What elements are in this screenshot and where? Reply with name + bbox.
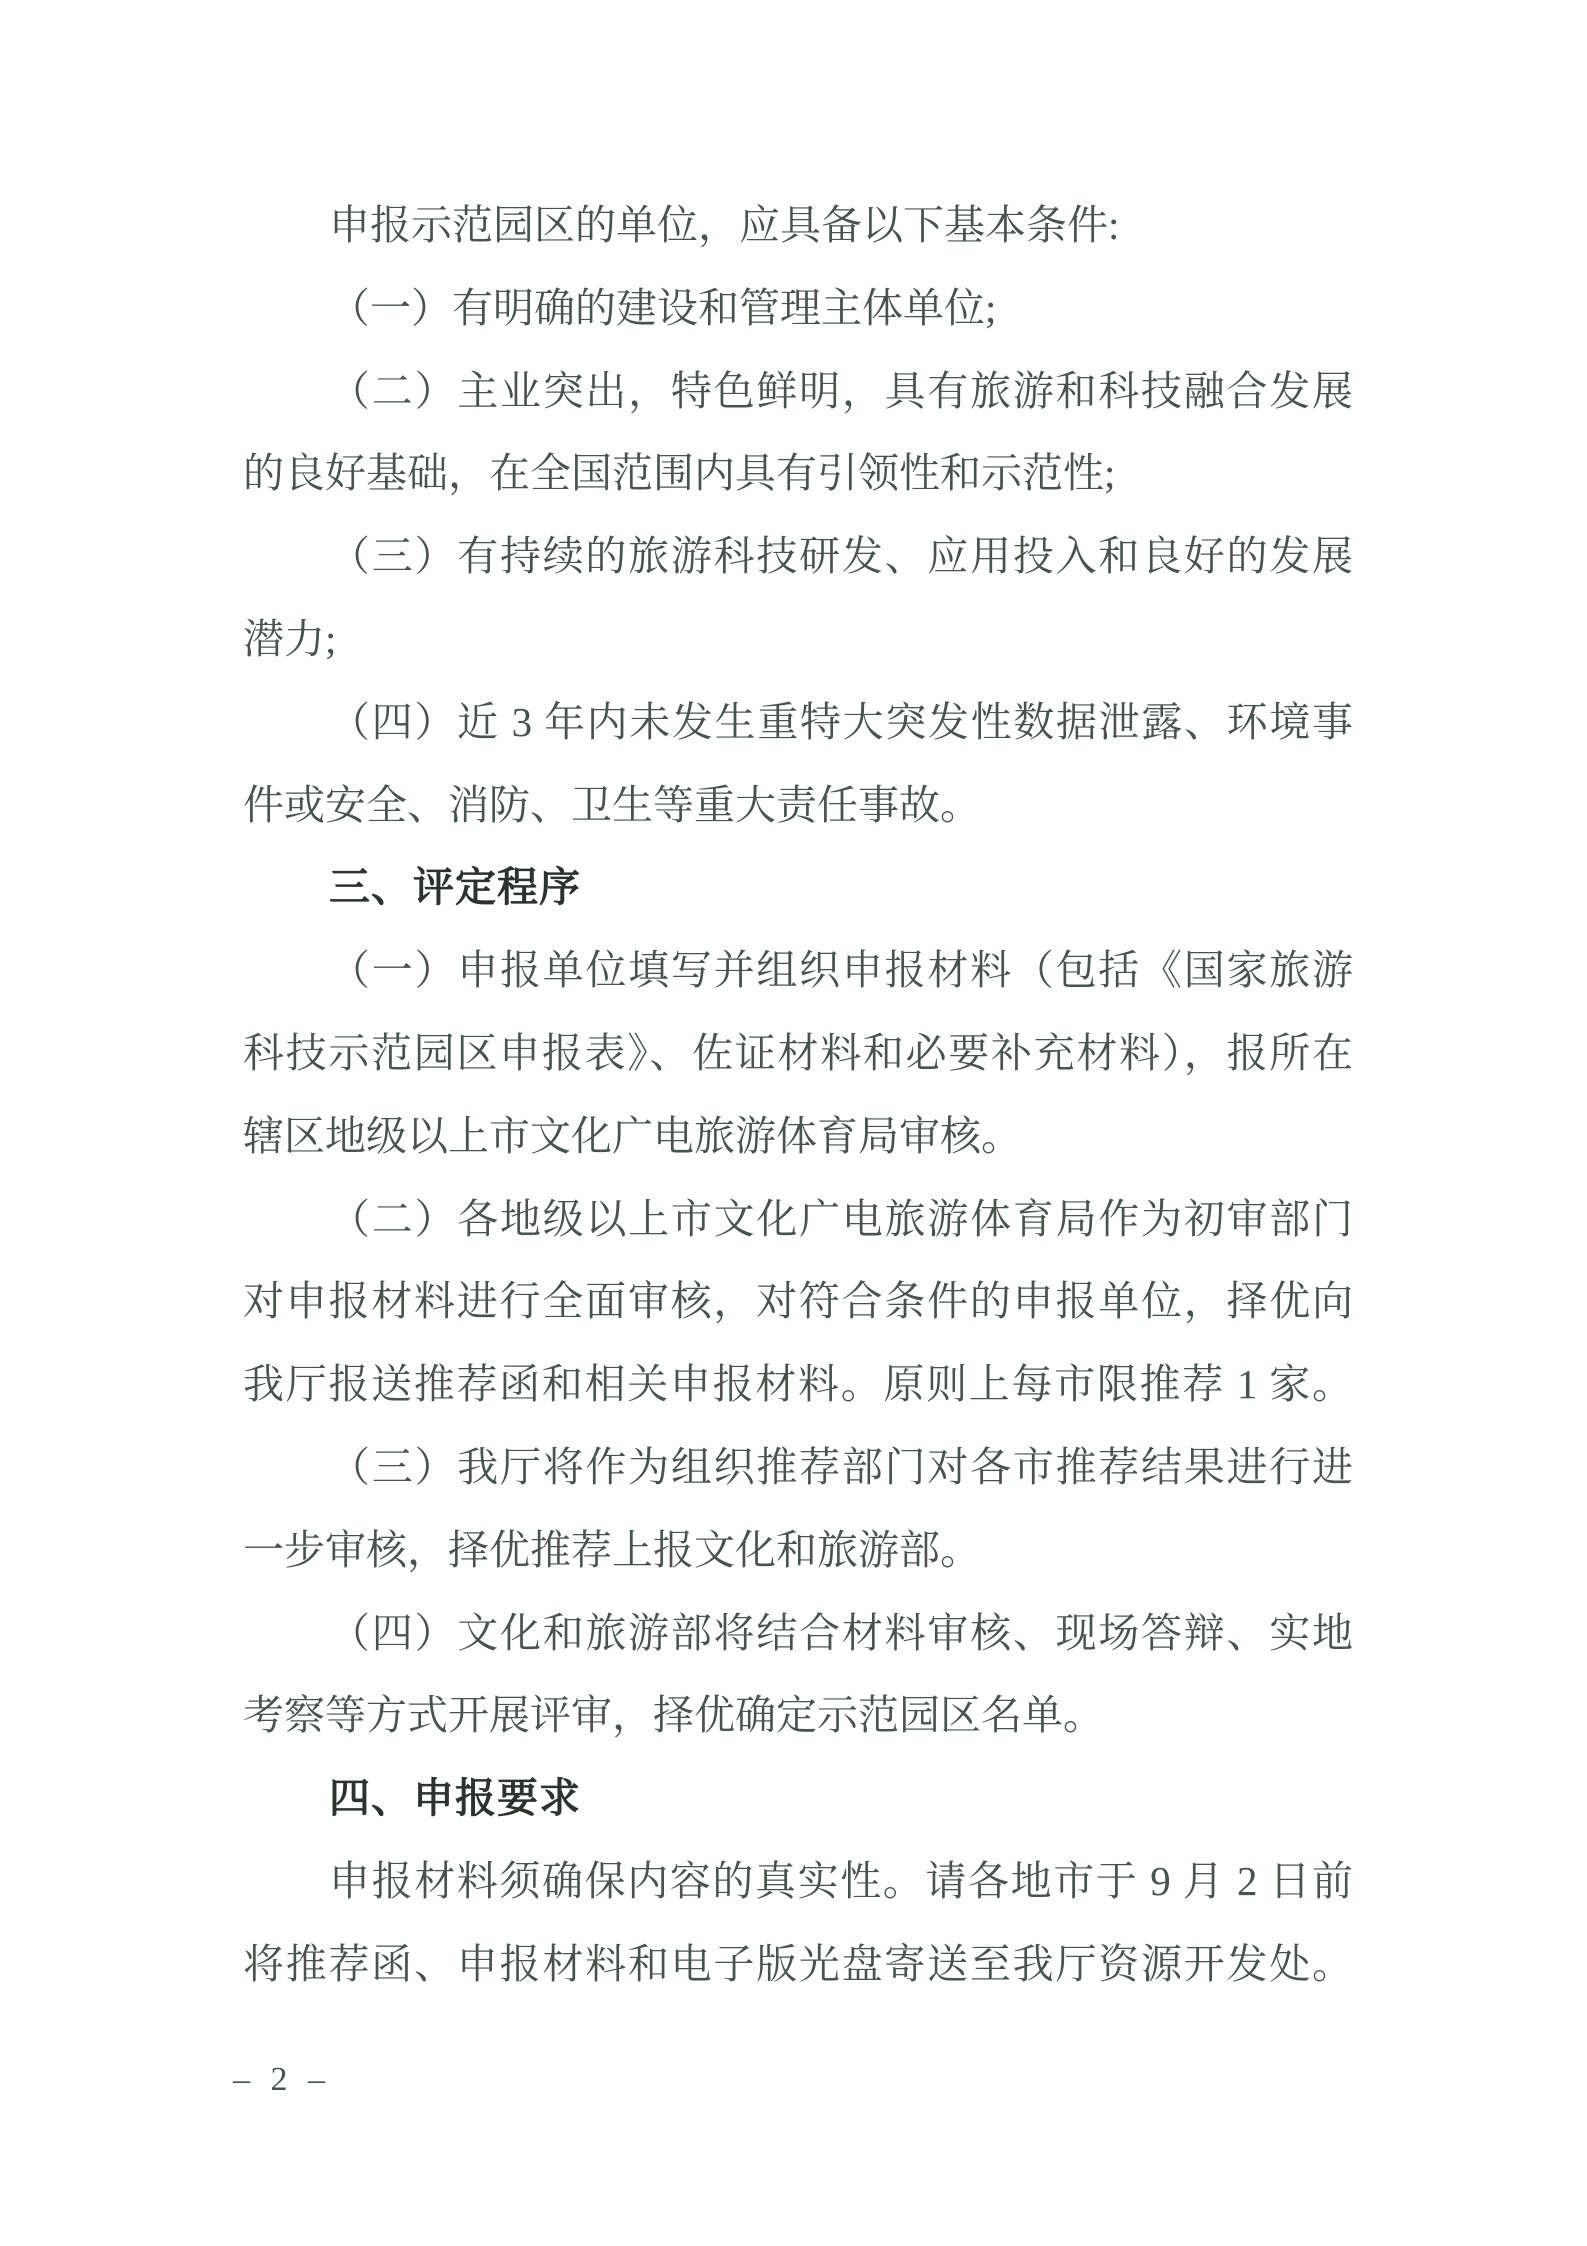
text-line: （二）主业突出，特色鲜明，具有旅游和科技融合发展 <box>243 350 1353 433</box>
text-line: （四）文化和旅游部将结合材料审核、现场答辩、实地 <box>243 1592 1353 1675</box>
text-line: （三）我厅将作为组织推荐部门对各市推荐结果进行进 <box>243 1426 1353 1509</box>
text-line: 申报示范园区的单位，应具备以下基本条件: <box>243 184 1353 267</box>
text-line: 对申报材料进行全面审核，对符合条件的申报单位，择优向 <box>243 1260 1353 1343</box>
text-line: （三）有持续的旅游科技研发、应用投入和良好的发展 <box>243 515 1353 598</box>
text-line: 将推荐函、申报材料和电子版光盘寄送至我厅资源开发处。 <box>243 1923 1353 2006</box>
text-line: 辖区地级以上市文化广电旅游体育局审核。 <box>243 1095 1353 1178</box>
text-line: 科技示范园区申报表》、佐证材料和必要补充材料），报所在 <box>243 1012 1353 1095</box>
section-heading: 三、评定程序 <box>243 846 1353 929</box>
text-line: （二）各地级以上市文化广电旅游体育局作为初审部门 <box>243 1178 1353 1261</box>
text-line: 我厅报送推荐函和相关申报材料。原则上每市限推荐 1 家。 <box>243 1343 1353 1426</box>
document-body: 申报示范园区的单位，应具备以下基本条件:（一）有明确的建设和管理主体单位;（二）… <box>243 184 1353 2006</box>
text-line: （四）近 3 年内未发生重特大突发性数据泄露、环境事 <box>243 681 1353 764</box>
section-heading: 四、申报要求 <box>243 1757 1353 1840</box>
text-line: 潜力; <box>243 598 1353 681</box>
text-line: （一）申报单位填写并组织申报材料（包括《国家旅游 <box>243 929 1353 1012</box>
text-line: 考察等方式开展评审，择优确定示范园区名单。 <box>243 1674 1353 1757</box>
text-line: 申报材料须确保内容的真实性。请各地市于 9 月 2 日前 <box>243 1840 1353 1923</box>
text-line: 的良好基础，在全国范围内具有引领性和示范性; <box>243 432 1353 515</box>
text-line: 件或安全、消防、卫生等重大责任事故。 <box>243 764 1353 847</box>
text-line: 一步审核，择优推荐上报文化和旅游部。 <box>243 1509 1353 1592</box>
document-page: 申报示范园区的单位，应具备以下基本条件:（一）有明确的建设和管理主体单位;（二）… <box>0 0 1587 2246</box>
text-line: （一）有明确的建设和管理主体单位; <box>243 267 1353 350</box>
page-number: – 2 – <box>233 2060 331 2100</box>
